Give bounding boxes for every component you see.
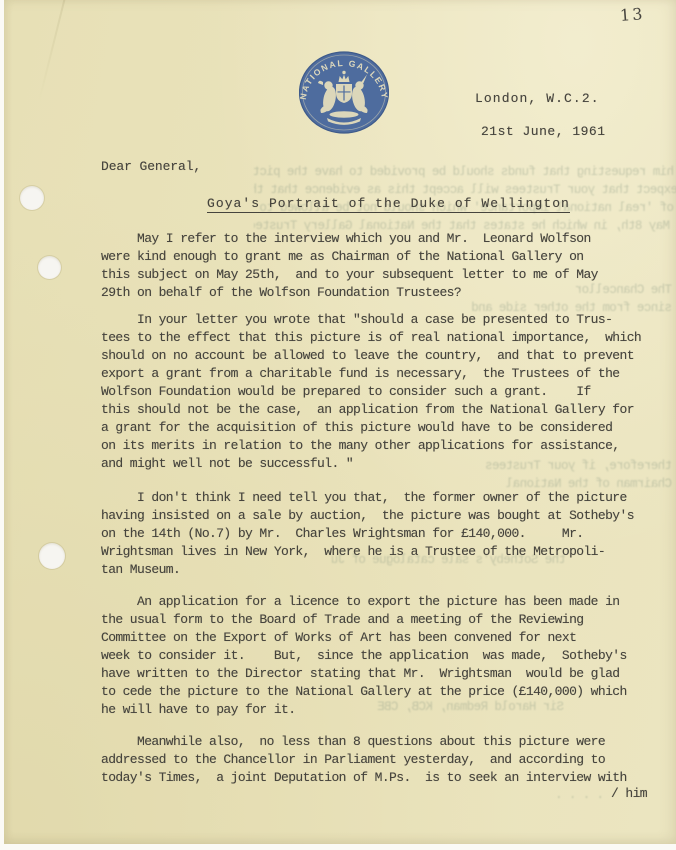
- text-line: week to consider it. But, since the appl…: [101, 647, 649, 665]
- text-line: having insisted on a sale by auction, th…: [101, 507, 649, 525]
- text-line: have written to the Director stating tha…: [101, 665, 649, 683]
- paragraph: May I refer to the interview which you a…: [101, 230, 649, 302]
- text-line: tan Museum.: [101, 561, 649, 579]
- subject-line: Goya's Portrait of the Duke of Wellingto…: [207, 196, 570, 213]
- national-gallery-seal: NATIONAL GALLERY: [299, 51, 389, 134]
- text-line: a grant for the acquisition of this pict…: [101, 419, 649, 437]
- letter-paper: 13 him requesting that funds should be p…: [4, 0, 676, 844]
- text-line: 29th on behalf of the Wolfson Foundation…: [101, 284, 649, 302]
- paragraph: I don't think I need tell you that, the …: [101, 489, 649, 579]
- text-line: should on no account be allowed to leave…: [101, 347, 649, 365]
- text-line: Wrightsman lives in New York, where he i…: [101, 543, 649, 561]
- text-line: Wolfson Foundation would be prepared to …: [101, 383, 649, 401]
- text-line: export a grant from a charitable fund is…: [101, 365, 649, 383]
- paragraph: Meanwhile also, no less than 8 questions…: [101, 733, 649, 787]
- paragraph: In your letter you wrote that "should a …: [101, 311, 649, 473]
- text-line: this subject on May 25th, and to your su…: [101, 266, 649, 284]
- letter-date: 21st June, 1961: [481, 124, 606, 139]
- paragraph: An application for a licence to export t…: [101, 593, 649, 719]
- text-line: to cede the picture to the National Gall…: [101, 683, 649, 701]
- salutation: Dear General,: [101, 159, 201, 174]
- bleedthrough-text: him requesting that funds should be prov…: [254, 163, 674, 181]
- text-line: on its merits in relation to the many ot…: [101, 437, 649, 455]
- text-line: the usual form to the Board of Trade and…: [101, 611, 649, 629]
- page-number: 13: [619, 4, 645, 25]
- text-line: Meanwhile also, no less than 8 questions…: [101, 733, 649, 751]
- text-line: he will have to pay for it.: [101, 701, 649, 719]
- continuation-mark: / him: [101, 786, 647, 801]
- text-line: An application for a licence to export t…: [101, 593, 649, 611]
- text-line: were kind enough to grant me as Chairman…: [101, 248, 649, 266]
- text-line: I don't think I need tell you that, the …: [101, 489, 649, 507]
- national-gallery-seal-graphic: NATIONAL GALLERY: [299, 51, 389, 134]
- text-line: on the 14th (No.7) by Mr. Charles Wright…: [101, 525, 649, 543]
- text-line: In your letter you wrote that "should a …: [101, 311, 649, 329]
- text-line: this should not be the case, an applicat…: [101, 401, 649, 419]
- paper-crease: [38, 0, 68, 102]
- text-line: today's Times, a joint Deputation of M.P…: [101, 769, 649, 787]
- punch-hole: [20, 186, 44, 210]
- text-line: Committee on the Export of Works of Art …: [101, 629, 649, 647]
- letterhead-address: London, W.C.2.: [475, 91, 600, 106]
- text-line: tees to the effect that this picture is …: [101, 329, 649, 347]
- text-line: addressed to the Chancellor in Parliamen…: [101, 751, 649, 769]
- text-line: and might well not be successful. ": [101, 455, 649, 473]
- punch-hole: [39, 543, 65, 569]
- punch-hole: [38, 256, 61, 279]
- text-line: May I refer to the interview which you a…: [101, 230, 649, 248]
